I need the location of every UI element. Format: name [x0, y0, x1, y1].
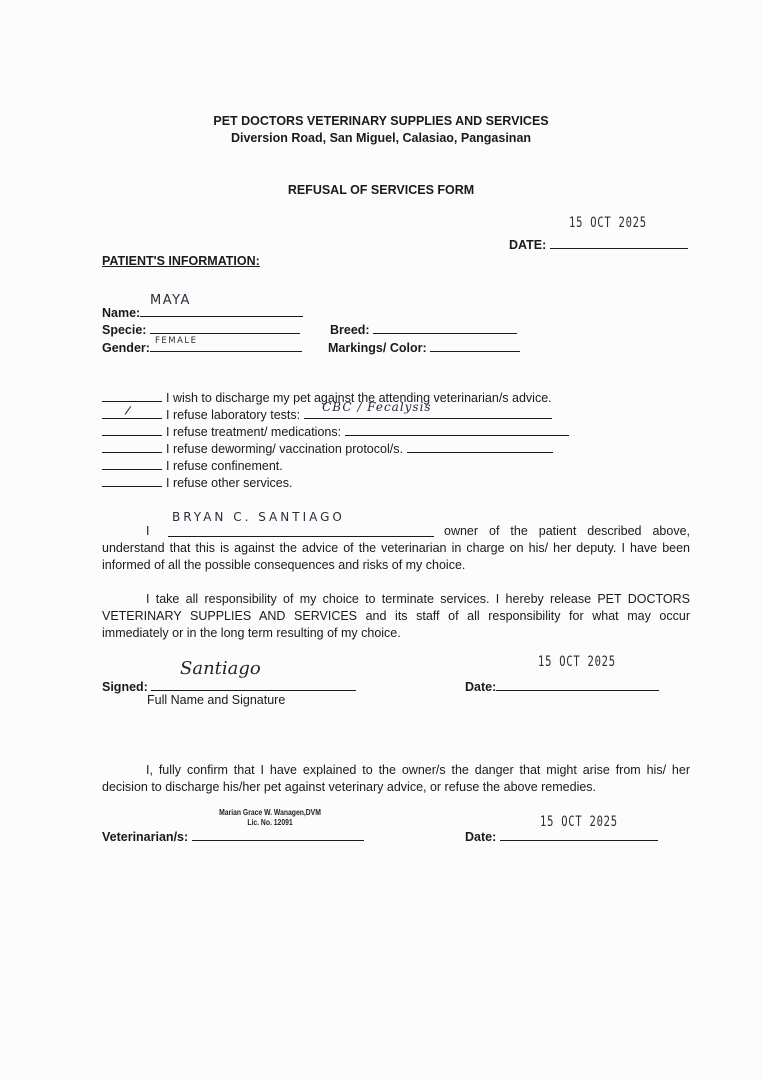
signature-caption: Full Name and Signature	[147, 693, 285, 707]
option-text: I refuse other services.	[166, 476, 292, 490]
option-detail-blank[interactable]	[407, 440, 553, 453]
form-title: REFUSAL OF SERVICES FORM	[0, 183, 762, 197]
specie-label: Specie:	[102, 323, 146, 337]
date-field[interactable]: DATE:	[509, 236, 688, 252]
name-blank	[140, 304, 303, 317]
option-checkmark-blank[interactable]	[102, 457, 162, 470]
specie-blank	[150, 321, 300, 334]
vet-date-field[interactable]: Date:	[465, 828, 658, 844]
date-label: DATE:	[509, 238, 546, 252]
breed-field[interactable]: Breed:	[330, 321, 517, 337]
vet-stamp-name: Marian Grace W. Wanagen,DVM	[219, 808, 321, 818]
owner-name-blank	[168, 524, 434, 537]
responsibility-statement: I take all responsibility of my choice t…	[102, 591, 690, 642]
option-checkmark-blank[interactable]	[102, 474, 162, 487]
markings-blank	[430, 339, 520, 352]
owner-date-label: Date:	[465, 680, 496, 694]
name-field[interactable]: Name:	[102, 304, 303, 320]
refusal-option-row: /I refuse laboratory tests:CBC / Fecalys…	[102, 406, 552, 422]
date-blank	[550, 236, 688, 249]
option-checkmark-blank[interactable]	[102, 440, 162, 453]
option-text: I refuse confinement.	[166, 459, 283, 473]
option-text: I refuse treatment/ medications:	[166, 425, 341, 439]
vet-date-blank	[500, 828, 658, 841]
option-detail-blank[interactable]: CBC / Fecalysis	[304, 406, 552, 419]
markings-field[interactable]: Markings/ Color:	[328, 339, 520, 355]
vet-confirmation: I, fully confirm that I have explained t…	[102, 762, 690, 796]
signed-blank	[151, 678, 356, 691]
specie-field[interactable]: Specie:	[102, 321, 300, 337]
patient-info-heading: PATIENT'S INFORMATION:	[102, 254, 260, 268]
option-checkmark-blank[interactable]	[102, 423, 162, 436]
vet-date-label: Date:	[465, 830, 496, 844]
option-text: I refuse laboratory tests:	[166, 408, 300, 422]
owner-signed-field[interactable]: Signed:	[102, 678, 356, 694]
refusal-option-row: I refuse deworming/ vaccination protocol…	[102, 440, 553, 456]
option-checkmark-blank[interactable]: /	[102, 406, 162, 419]
option-checkmark-blank[interactable]	[102, 389, 162, 402]
owner-signature: Santiago	[180, 658, 261, 679]
breed-blank	[373, 321, 517, 334]
vet-stamp: Marian Grace W. Wanagen,DVM Lic. No. 120…	[219, 808, 321, 828]
refusal-form-page: PET DOCTORS VETERINARY SUPPLIES AND SERV…	[0, 0, 762, 1080]
vet-stamp-license: Lic. No. 12091	[219, 818, 321, 828]
breed-label: Breed:	[330, 323, 370, 337]
company-address: Diversion Road, San Miguel, Calasiao, Pa…	[0, 131, 762, 145]
gender-label: Gender:	[102, 341, 150, 355]
owner-text-after: owner of the patient described above,	[444, 524, 690, 538]
owner-date-field[interactable]: Date:	[465, 678, 659, 694]
markings-label: Markings/ Color:	[328, 341, 427, 355]
company-name: PET DOCTORS VETERINARY SUPPLIES AND SERV…	[0, 114, 762, 128]
refusal-option-row: I refuse confinement.	[102, 457, 283, 473]
gender-blank	[150, 339, 302, 352]
refusal-option-row: I refuse treatment/ medications:	[102, 423, 569, 439]
option-detail-blank[interactable]	[345, 423, 569, 436]
gender-field[interactable]: Gender:	[102, 339, 302, 355]
checkmark-icon: /	[124, 403, 133, 418]
date-stamp: 15 OCT 2025	[569, 215, 647, 231]
owner-prefix: I	[146, 524, 149, 538]
signed-label: Signed:	[102, 680, 148, 694]
owner-date-stamp: 15 OCT 2025	[538, 654, 616, 670]
option-detail-value: CBC / Fecalysis	[322, 400, 432, 414]
owner-name-value: BRYAN C. SANTIAGO	[172, 510, 345, 524]
owner-date-blank	[496, 678, 659, 691]
vet-signature-field[interactable]: Veterinarian/s:	[102, 828, 364, 844]
name-label: Name:	[102, 306, 140, 320]
owner-statement-continuation: understand that this is against the advi…	[102, 540, 690, 574]
option-text: I refuse deworming/ vaccination protocol…	[166, 442, 403, 456]
vet-blank	[192, 828, 364, 841]
vet-label: Veterinarian/s:	[102, 830, 188, 844]
refusal-option-row: I refuse other services.	[102, 474, 292, 490]
